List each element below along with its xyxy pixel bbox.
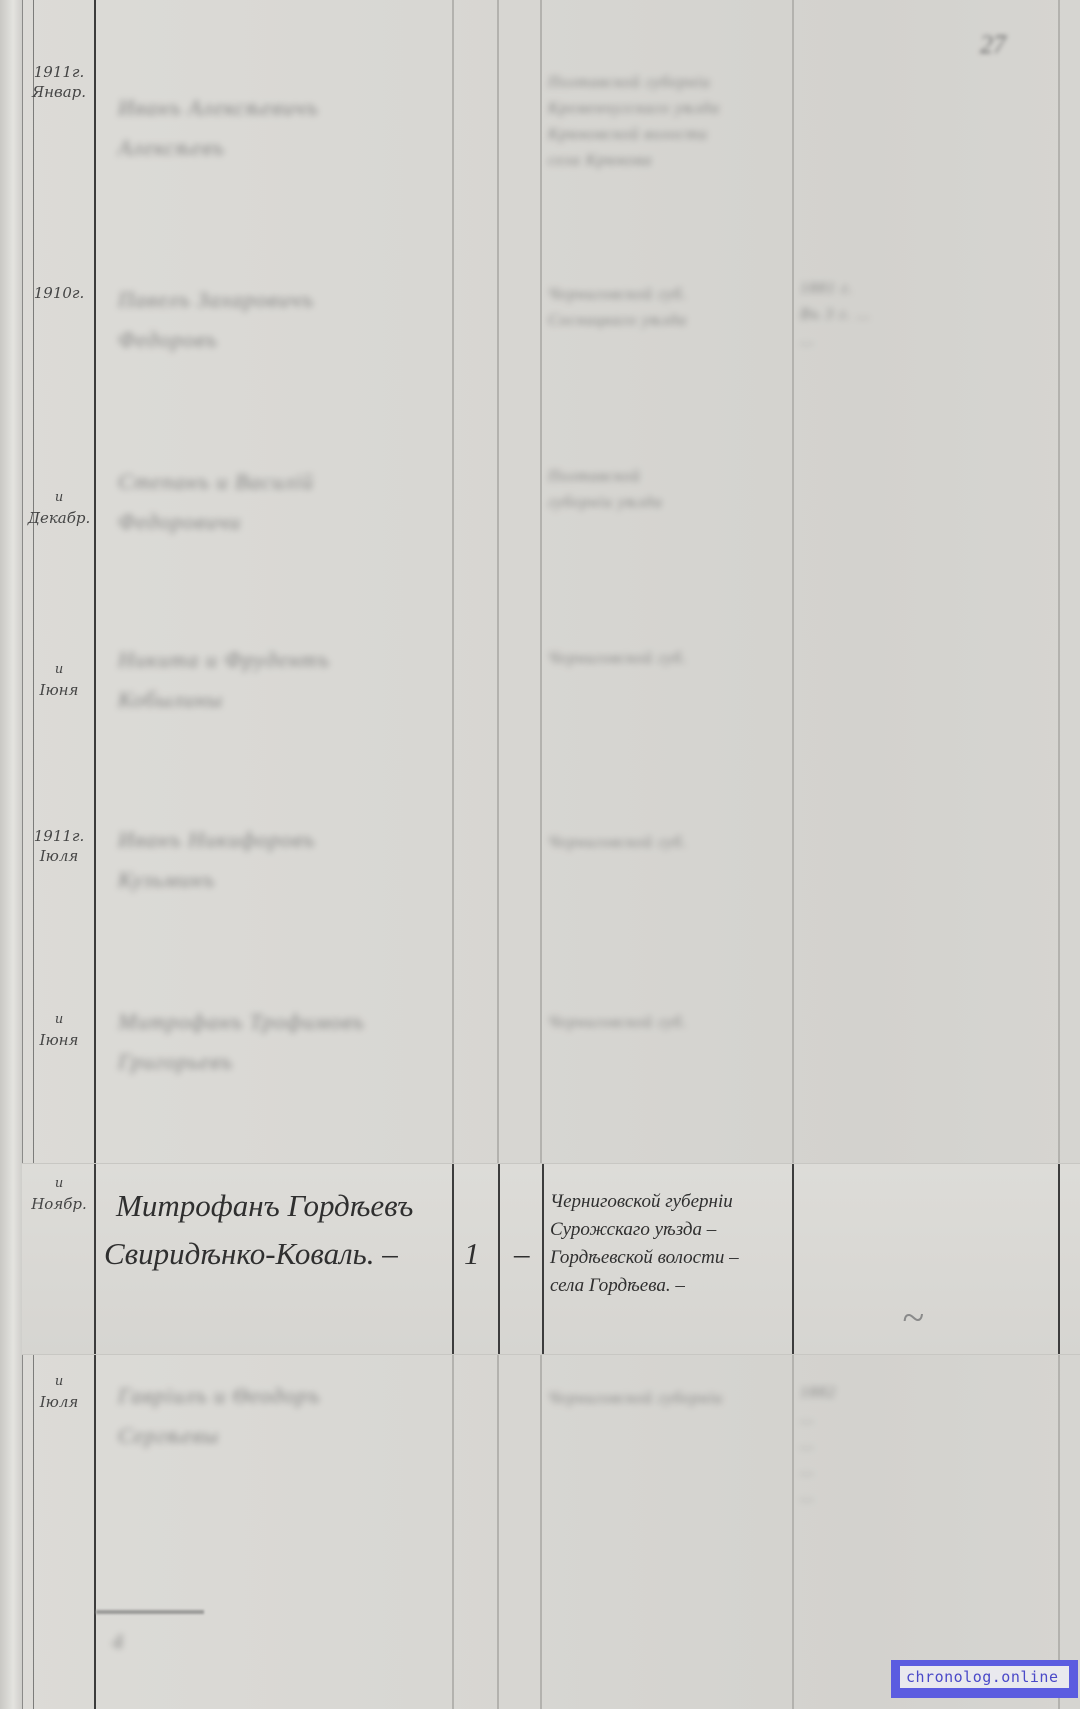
remarks-column-divider [1058,0,1060,1709]
blurred-name: Павелъ ЗахаровичъФедоровъ [118,280,314,360]
origin-column-divider [792,0,794,1709]
blurred-name: Иванъ АлексѣевичъАлексѣевъ [118,88,319,168]
margin-date: иДекабр. [24,488,94,528]
row-divider [498,1164,500,1354]
footer-rule [96,1610,204,1614]
blurred-origin: Черниговской губ. [548,646,687,672]
register-page: 27 1911г.Январ. 1910г. иДекабр. иІюня 19… [0,0,1080,1709]
blurred-name: Степанъ и ВасилійФедоровичи [118,462,314,542]
blurred-origin: Полтавской губерніиКременчугскаго уѣзда … [548,70,720,174]
blurred-origin: Полтавскойгуберніи уѣзда [548,464,663,516]
name-column-divider [452,0,454,1709]
blurred-name: Митрофанъ ТрофимовъГригорьевъ [118,1002,365,1082]
blurred-name: Иванъ НикифоровъКузьминъ [118,820,315,900]
margin-date: 1911г.Январ. [24,62,94,102]
row-divider [1058,1164,1060,1354]
flourish-mark: ~ [902,1294,924,1341]
blurred-origin: Черниговской губ. [548,1010,687,1036]
margin-date: 1911г.Іюля [24,826,94,866]
margin-date: 1910г. [24,283,94,303]
entry-count-2: – [514,1230,530,1278]
count2-column-divider [540,0,542,1709]
blurred-remarks: 1881 г.Въ 3 г. ... ... [800,276,871,354]
footer-mark: 4 [112,1622,124,1662]
blurred-name: Гавріилъ и ѲеодоръСергѣевы [118,1376,320,1456]
entry-count-1: 1 [464,1230,480,1278]
count1-column-divider [497,0,499,1709]
blurred-origin: Черниговской губ. [548,830,687,856]
margin-date: иІюня [24,660,94,700]
date-column-divider [94,0,96,1709]
margin-date: иІюня [24,1010,94,1050]
margin-date: иІюля [24,1372,94,1412]
blurred-remarks: 1882... ...... ... [800,1380,836,1510]
watermark-text: chronolog.online [900,1666,1069,1688]
row-divider [94,1164,96,1354]
blurred-origin: Черниговской губ.Сосницкаго уѣзда [548,282,687,334]
register-entry-clear: и Ноябр. Митрофанъ Гордѣевъ Свиридѣнко-К… [22,1163,1080,1355]
row-divider [792,1164,794,1354]
watermark-badge[interactable]: chronolog.online [891,1660,1078,1698]
entry-name: Митрофанъ Гордѣевъ Свиридѣнко-Коваль. – [104,1182,413,1278]
row-divider [452,1164,454,1354]
entry-origin: Черниговской губерніи Сурожскаго уѣзда –… [550,1188,739,1300]
page-number: 27 [980,30,1006,60]
page-binding [0,0,23,1709]
blurred-origin: Черниговской губерніи [548,1386,723,1412]
entry-date: и Ноябр. [24,1174,94,1214]
row-divider [542,1164,544,1354]
blurred-name: Никита и ФрудентъКобылины [118,640,330,720]
